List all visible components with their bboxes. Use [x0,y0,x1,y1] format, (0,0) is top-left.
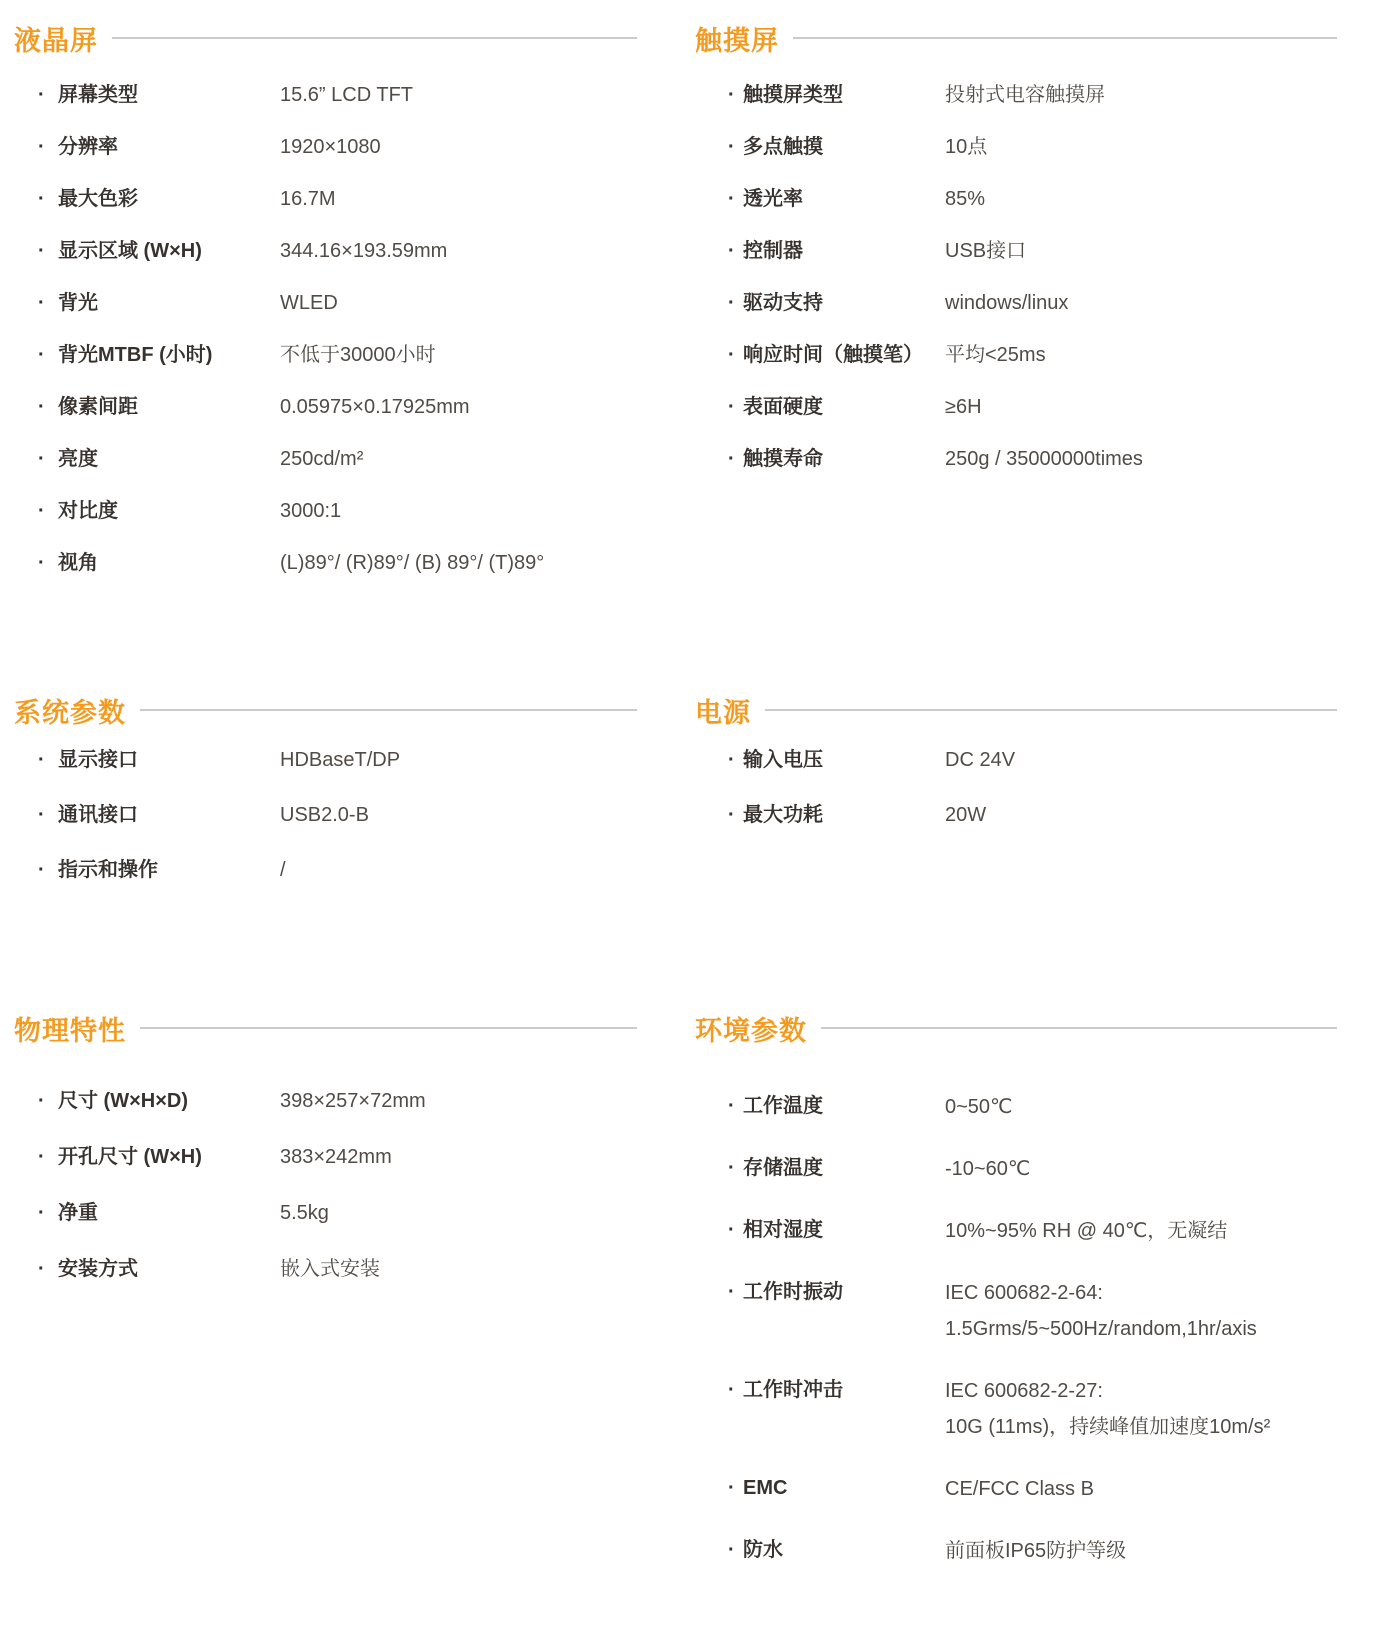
spec-label: 工作时冲击 [743,1375,945,1405]
spec-label: 触摸屏类型 [743,80,945,110]
spec-value: / [280,855,286,885]
spec-row: ·多点触摸10点 [728,132,1337,162]
spec-value-line1: 不低于30000小时 [280,344,436,366]
spec-value: 10点 [945,132,987,162]
section-header: 电源 [695,688,1337,732]
bullet-icon: · [728,1535,743,1565]
spec-label: 开孔尺寸 (W×H) [58,1142,280,1172]
bullet-icon: · [38,855,58,885]
spec-row: ·通讯接口USB2.0-B [38,800,637,830]
spec-value-line1: -10~60℃ [945,1158,1030,1180]
spec-value-line1: USB2.0-B [280,804,369,826]
section-lcd: 液晶屏 ·屏幕类型15.6” LCD TFT·分辨率1920×1080·最大色彩… [14,16,637,600]
spec-value: 250cd/m² [280,444,363,474]
spec-label: 通讯接口 [58,800,280,830]
spec-row: ·安装方式嵌入式安装 [38,1254,637,1284]
spec-value-line1: 5.5kg [280,1202,329,1224]
bullet-icon: · [728,1215,743,1245]
bullet-icon: · [38,800,58,830]
spec-row: ·像素间距0.05975×0.17925mm [38,392,637,422]
bullet-icon: · [728,236,743,266]
spec-value-line1: HDBaseT/DP [280,749,400,771]
spec-row: ·最大功耗20W [728,800,1337,830]
spec-value: CE/FCC Class B [945,1473,1094,1505]
spec-label: 透光率 [743,184,945,214]
spec-label: 对比度 [58,496,280,526]
spec-value: windows/linux [945,288,1068,318]
spec-row: ·净重5.5kg [38,1198,637,1228]
section-divider [765,709,1337,711]
bullet-icon: · [728,288,743,318]
spec-value: 前面板IP65防护等级 [945,1535,1126,1567]
spec-label: 分辨率 [58,132,280,162]
spec-label: 屏幕类型 [58,80,280,110]
spec-label: 亮度 [58,444,280,474]
spec-row: ·透光率85% [728,184,1337,214]
spec-value: 398×257×72mm [280,1086,426,1116]
bullet-icon: · [728,392,743,422]
spec-row: ·触摸寿命250g / 35000000times [728,444,1337,474]
spec-rows: ·工作温度0~50℃·存储温度-10~60℃·相对湿度10%~95% RH @ … [695,1091,1337,1567]
bullet-icon: · [38,340,58,370]
spec-value: 10%~95% RH @ 40℃，无凝结 [945,1215,1227,1247]
spec-row: ·背光MTBF (小时)不低于30000小时 [38,340,637,370]
spec-row: ·显示接口HDBaseT/DP [38,745,637,775]
spec-label: 最大功耗 [743,800,945,830]
section-divider [793,37,1337,39]
spec-row: ·控制器USB接口 [728,236,1337,266]
bullet-icon: · [728,80,743,110]
spec-label: 安装方式 [58,1254,280,1284]
spec-row: ·相对湿度10%~95% RH @ 40℃，无凝结 [728,1215,1337,1247]
spec-row: ·背光WLED [38,288,637,318]
bullet-icon: · [38,745,58,775]
section-header: 物理特性 [14,1006,637,1050]
bullet-icon: · [38,1142,58,1172]
spec-row: ·显示区域 (W×H)344.16×193.59mm [38,236,637,266]
spec-value: 250g / 35000000times [945,444,1143,474]
spec-value-line1: CE/FCC Class B [945,1478,1094,1500]
spec-value-line1: USB接口 [945,240,1026,262]
section-title: 电源 [695,691,751,730]
spec-label: 尺寸 (W×H×D) [58,1086,280,1116]
spec-row: ·亮度250cd/m² [38,444,637,474]
bullet-icon: · [728,1091,743,1121]
section-header: 液晶屏 [14,16,637,60]
bullet-icon: · [728,1153,743,1183]
spec-value-line1: 250cd/m² [280,448,363,470]
spec-label: 背光MTBF (小时) [58,340,280,370]
spec-value-line1: 1920×1080 [280,136,381,158]
spec-row: ·视角(L)89°/ (R)89°/ (B) 89°/ (T)89° [38,548,637,578]
spec-label: 背光 [58,288,280,318]
section-env: 环境参数 ·工作温度0~50℃·存储温度-10~60℃·相对湿度10%~95% … [695,1006,1337,1597]
spec-rows: ·触摸屏类型投射式电容触摸屏·多点触摸10点·透光率85%·控制器USB接口·驱… [695,80,1337,474]
spec-value: 344.16×193.59mm [280,236,447,266]
spec-label: 工作时振动 [743,1277,945,1307]
section-title: 触摸屏 [695,19,779,58]
spec-label: 控制器 [743,236,945,266]
bullet-icon: · [38,496,58,526]
spec-value-line1: / [280,859,286,881]
spec-value: 16.7M [280,184,336,214]
spec-value: HDBaseT/DP [280,745,400,775]
spec-label: 相对湿度 [743,1215,945,1245]
spec-value-line1: (L)89°/ (R)89°/ (B) 89°/ (T)89° [280,552,544,574]
spec-label: 触摸寿命 [743,444,945,474]
bullet-icon: · [38,1254,58,1284]
spec-label: 视角 [58,548,280,578]
spec-value: 15.6” LCD TFT [280,80,413,110]
bullet-icon: · [728,800,743,830]
spec-value-line2: 10G (11ms)，持续峰值加速度10m/s² [945,1411,1270,1443]
section-touch: 触摸屏 ·触摸屏类型投射式电容触摸屏·多点触摸10点·透光率85%·控制器USB… [695,16,1337,496]
spec-value-line1: DC 24V [945,749,1015,771]
bullet-icon: · [38,1198,58,1228]
spec-row: ·工作时冲击IEC 600682-2-27:10G (11ms)，持续峰值加速度… [728,1375,1337,1443]
spec-row: ·最大色彩16.7M [38,184,637,214]
spec-value-line1: ≥6H [945,396,982,418]
spec-row: ·驱动支持windows/linux [728,288,1337,318]
spec-rows: ·输入电压DC 24V·最大功耗20W [695,745,1337,830]
spec-value-line1: IEC 600682-2-27: [945,1380,1103,1402]
section-header: 系统参数 [14,688,637,732]
spec-value-line1: 3000:1 [280,500,341,522]
section-header: 环境参数 [695,1006,1337,1050]
spec-value: USB2.0-B [280,800,369,830]
bullet-icon: · [38,1086,58,1116]
spec-row: ·工作时振动IEC 600682-2-64:1.5Grms/5~500Hz/ra… [728,1277,1337,1345]
spec-rows: ·显示接口HDBaseT/DP·通讯接口USB2.0-B·指示和操作/ [14,745,637,885]
spec-value: ≥6H [945,392,982,422]
bullet-icon: · [728,132,743,162]
bullet-icon: · [38,444,58,474]
spec-row: ·防水前面板IP65防护等级 [728,1535,1337,1567]
spec-value: 5.5kg [280,1198,329,1228]
spec-label: 表面硬度 [743,392,945,422]
section-system: 系统参数 ·显示接口HDBaseT/DP·通讯接口USB2.0-B·指示和操作/ [14,688,637,910]
section-divider [140,1027,637,1029]
spec-value: (L)89°/ (R)89°/ (B) 89°/ (T)89° [280,548,544,578]
spec-label: 响应时间（触摸笔） [743,340,945,370]
spec-row: ·尺寸 (W×H×D)398×257×72mm [38,1086,637,1116]
spec-value: USB接口 [945,236,1026,266]
spec-label: 输入电压 [743,745,945,775]
spec-value-line1: WLED [280,292,338,314]
spec-value-line2: 1.5Grms/5~500Hz/random,1hr/axis [945,1313,1257,1345]
spec-label: 多点触摸 [743,132,945,162]
section-header: 触摸屏 [695,16,1337,60]
spec-value-line1: 10%~95% RH @ 40℃，无凝结 [945,1220,1227,1242]
spec-row: ·屏幕类型15.6” LCD TFT [38,80,637,110]
spec-value-line1: 10点 [945,136,987,158]
bullet-icon: · [38,236,58,266]
bullet-icon: · [728,745,743,775]
spec-label: 指示和操作 [58,855,280,885]
section-power: 电源 ·输入电压DC 24V·最大功耗20W [695,688,1337,855]
spec-value-line1: 平均<25ms [945,344,1046,366]
spec-row: ·工作温度0~50℃ [728,1091,1337,1123]
spec-row: ·输入电压DC 24V [728,745,1337,775]
spec-label: 最大色彩 [58,184,280,214]
spec-value: -10~60℃ [945,1153,1030,1185]
spec-value: 3000:1 [280,496,341,526]
spec-label: 显示接口 [58,745,280,775]
bullet-icon: · [728,184,743,214]
spec-value: IEC 600682-2-27:10G (11ms)，持续峰值加速度10m/s² [945,1375,1270,1443]
section-divider [140,709,637,711]
spec-value-line1: 0.05975×0.17925mm [280,396,470,418]
spec-row: ·开孔尺寸 (W×H)383×242mm [38,1142,637,1172]
spec-label: EMC [743,1473,945,1503]
spec-value: 0.05975×0.17925mm [280,392,470,422]
spec-value-line1: 15.6” LCD TFT [280,84,413,106]
bullet-icon: · [38,548,58,578]
spec-value: 1920×1080 [280,132,381,162]
spec-value-line1: 250g / 35000000times [945,448,1143,470]
spec-row: ·表面硬度≥6H [728,392,1337,422]
bullet-icon: · [728,444,743,474]
spec-value-line1: IEC 600682-2-64: [945,1282,1103,1304]
spec-label: 工作温度 [743,1091,945,1121]
section-title: 系统参数 [14,691,126,730]
spec-label: 净重 [58,1198,280,1228]
spec-value: WLED [280,288,338,318]
spec-rows: ·屏幕类型15.6” LCD TFT·分辨率1920×1080·最大色彩16.7… [14,80,637,578]
section-physical: 物理特性 ·尺寸 (W×H×D)398×257×72mm·开孔尺寸 (W×H)3… [14,1006,637,1310]
spec-label: 驱动支持 [743,288,945,318]
spec-label: 存储温度 [743,1153,945,1183]
spec-value: 平均<25ms [945,340,1046,370]
spec-row: ·响应时间（触摸笔）平均<25ms [728,340,1337,370]
spec-label: 防水 [743,1535,945,1565]
spec-value: 嵌入式安装 [280,1254,380,1284]
spec-value: 20W [945,800,986,830]
spec-value-line1: windows/linux [945,292,1068,314]
spec-label: 像素间距 [58,392,280,422]
spec-value-line1: 398×257×72mm [280,1090,426,1112]
bullet-icon: · [728,1277,743,1307]
bullet-icon: · [728,1473,743,1503]
spec-row: ·对比度3000:1 [38,496,637,526]
spec-value-line1: 16.7M [280,188,336,210]
section-title: 液晶屏 [14,19,98,58]
spec-value-line1: 20W [945,804,986,826]
spec-value-line1: 0~50℃ [945,1096,1013,1118]
spec-value-line1: 383×242mm [280,1146,392,1168]
bullet-icon: · [728,1375,743,1405]
spec-value-line1: 85% [945,188,985,210]
section-divider [112,37,637,39]
spec-row: ·EMCCE/FCC Class B [728,1473,1337,1505]
section-title: 环境参数 [695,1009,807,1048]
spec-rows: ·尺寸 (W×H×D)398×257×72mm·开孔尺寸 (W×H)383×24… [14,1086,637,1284]
spec-value: 85% [945,184,985,214]
bullet-icon: · [38,392,58,422]
spec-label: 显示区域 (W×H) [58,236,280,266]
bullet-icon: · [38,132,58,162]
bullet-icon: · [38,288,58,318]
spec-row: ·触摸屏类型投射式电容触摸屏 [728,80,1337,110]
section-divider [821,1027,1337,1029]
spec-value: IEC 600682-2-64:1.5Grms/5~500Hz/random,1… [945,1277,1257,1345]
spec-value: 不低于30000小时 [280,340,436,370]
spec-value-line1: 344.16×193.59mm [280,240,447,262]
spec-value: 383×242mm [280,1142,392,1172]
bullet-icon: · [38,184,58,214]
spec-value-line1: 嵌入式安装 [280,1258,380,1280]
spec-row: ·分辨率1920×1080 [38,132,637,162]
section-title: 物理特性 [14,1009,126,1048]
spec-value: 0~50℃ [945,1091,1013,1123]
bullet-icon: · [728,340,743,370]
bullet-icon: · [38,80,58,110]
spec-value-line1: 投射式电容触摸屏 [945,84,1105,106]
spec-row: ·指示和操作/ [38,855,637,885]
spec-value: 投射式电容触摸屏 [945,80,1105,110]
spec-row: ·存储温度-10~60℃ [728,1153,1337,1185]
spec-value: DC 24V [945,745,1015,775]
spec-value-line1: 前面板IP65防护等级 [945,1540,1126,1562]
